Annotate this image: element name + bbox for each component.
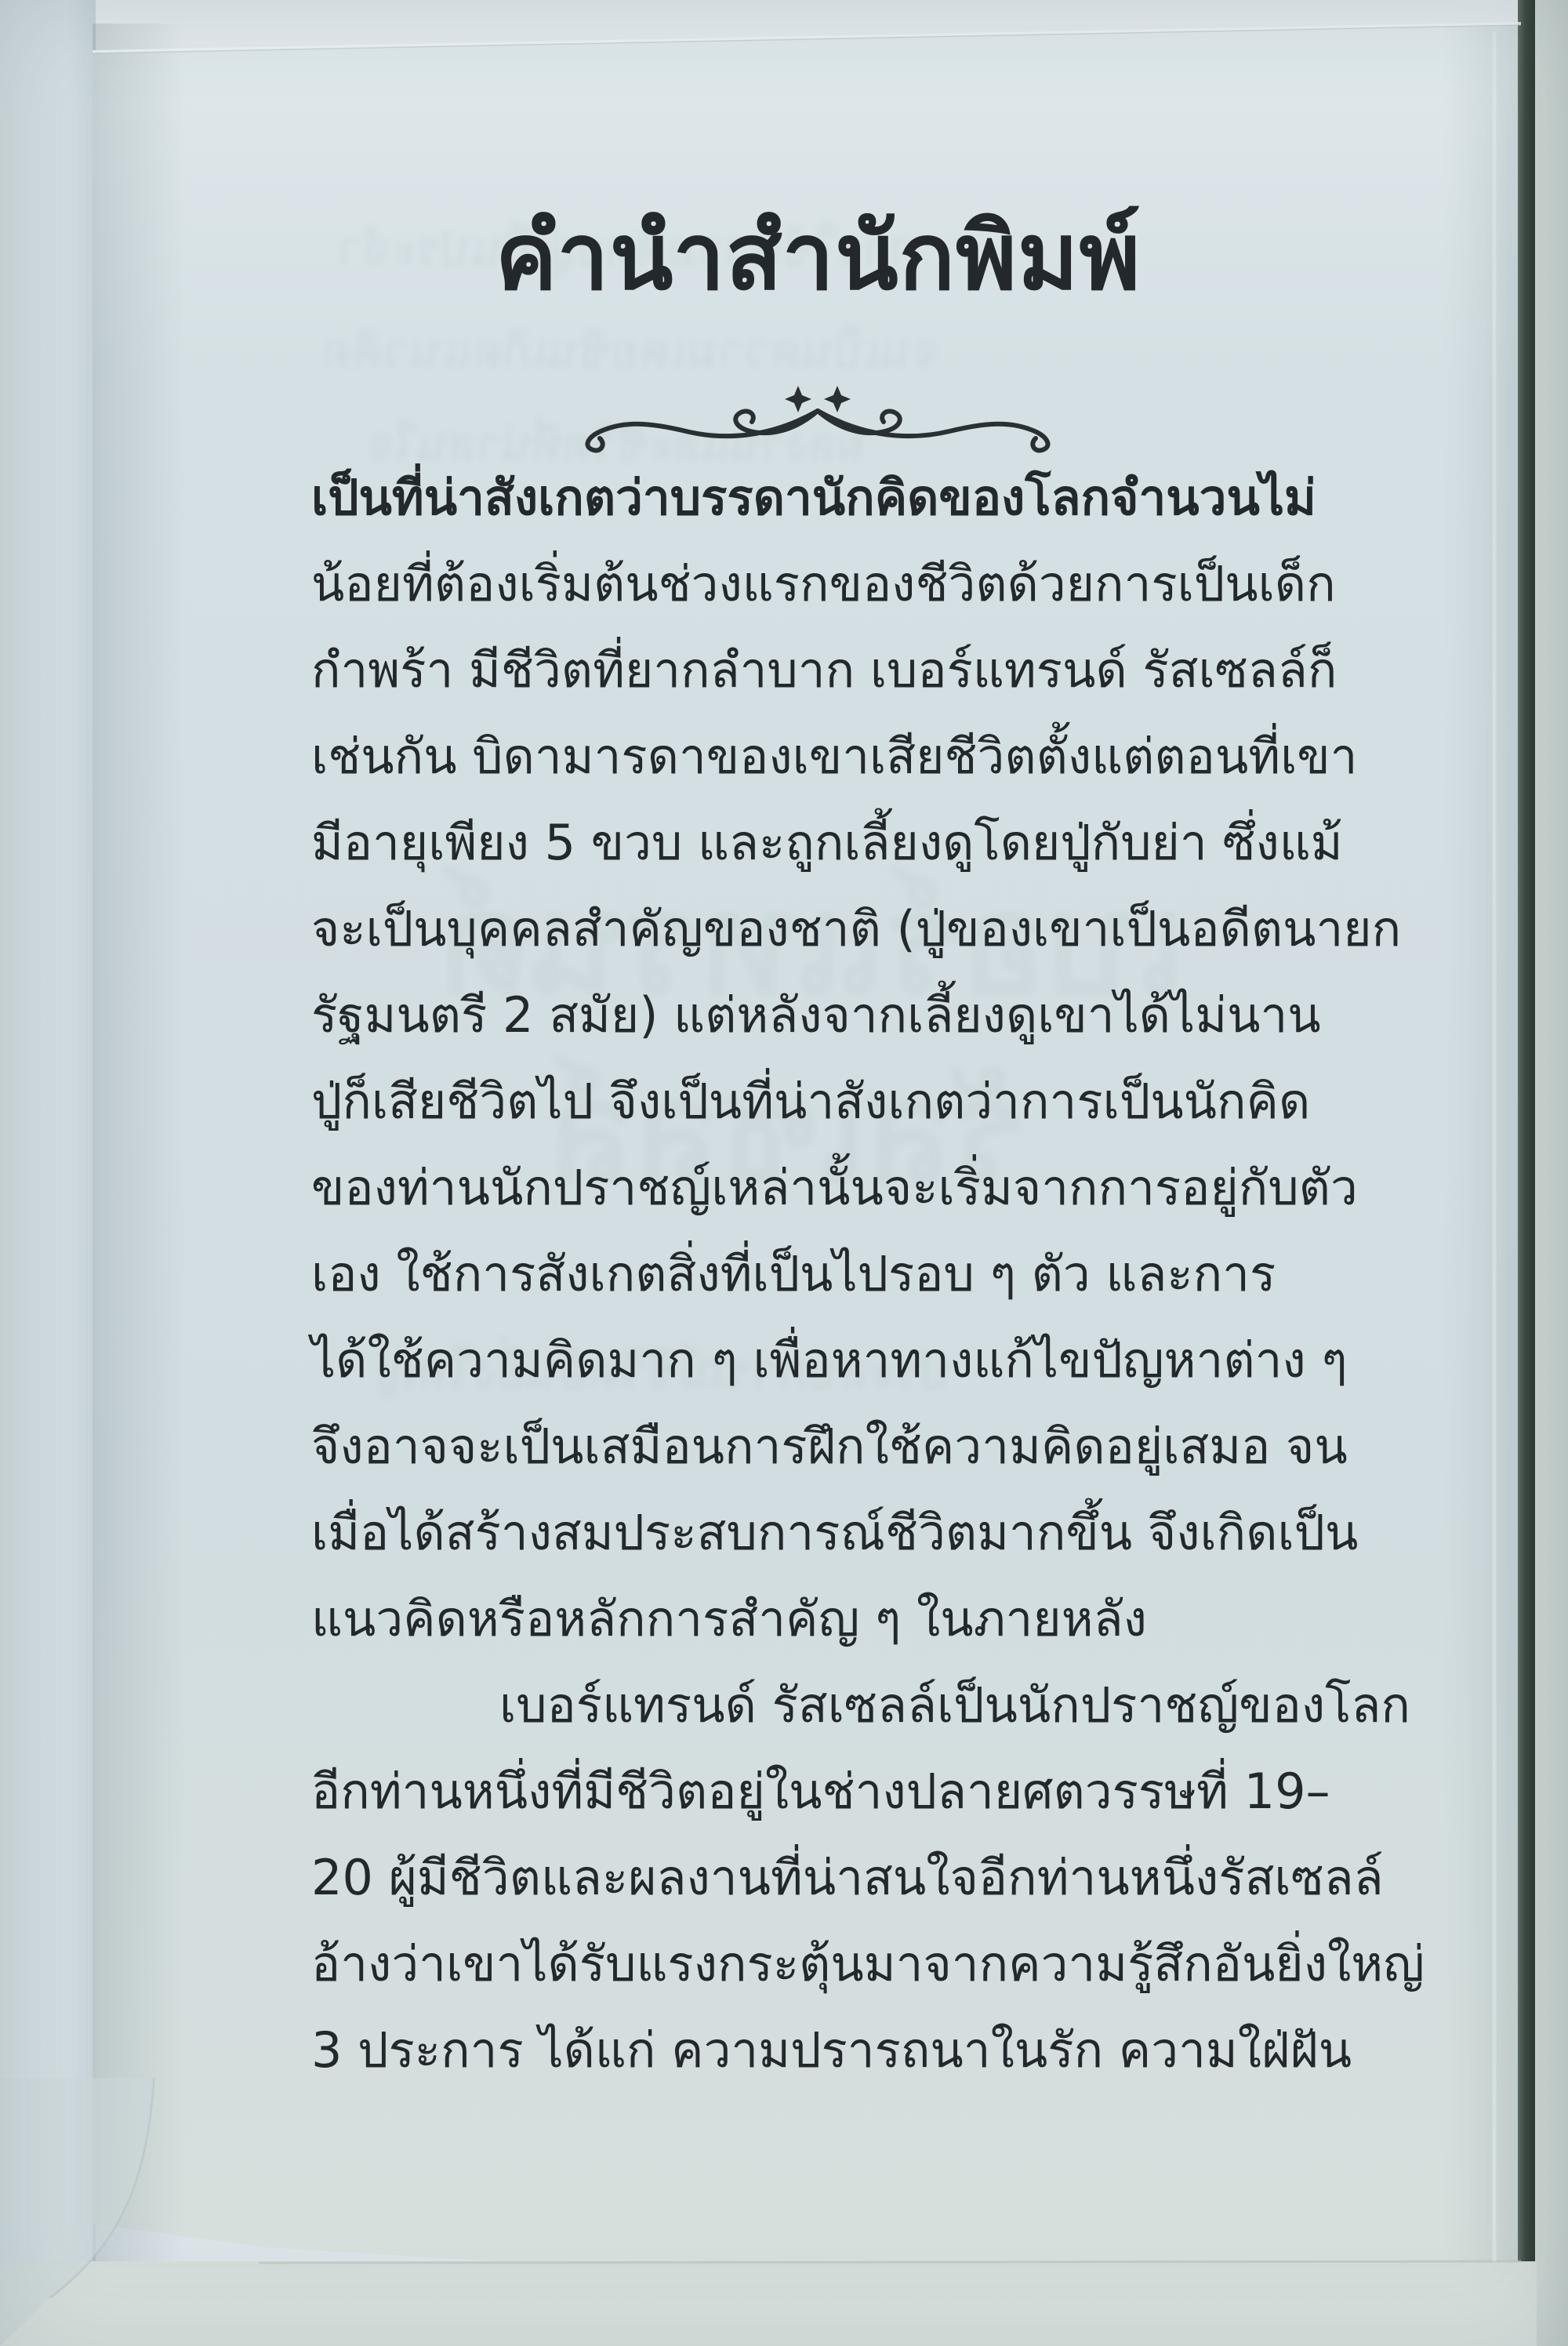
text-line: เป็นที่น่าสังเกตว่าบรรดานักคิดของโลกจำนว…	[311, 455, 1325, 541]
text-line: จะเป็นบุคคลสำคัญของชาติ (ปู่ของเขาเป็นอด…	[311, 886, 1325, 972]
text-line: ปู่ก็เสียชีวิตไป จึงเป็นที่น่าสังเกตว่าก…	[311, 1059, 1325, 1145]
text-line: อ้างว่าเขาได้รับแรงกระตุ้นมาจากความรู้สึ…	[311, 1921, 1325, 2007]
text-line: 3 ประการ ได้แก่ ความปรารถนาในรัก ความใฝ่…	[311, 2007, 1325, 2094]
text-line: ได้ใช้ความคิดมาก ๆ เพื่อหาทางแก้ไขปัญหาต…	[311, 1317, 1325, 1404]
text-line: เบอร์แทรนด์ รัสเซลล์เป็นนักปราชญ์ของโลก	[311, 1662, 1513, 1749]
facing-page-strip	[0, 0, 96, 2346]
text-line: กำพร้า มีชีวิตที่ยากลำบาก เบอร์แทรนด์ รั…	[311, 627, 1325, 714]
text-line: น้อยที่ต้องเริ่มต้นช่วงแรกของชีวิตด้วยกา…	[311, 541, 1325, 627]
text-line: เช่นกัน บิดามารดาของเขาเสียชีวิตตั้งแต่ต…	[311, 714, 1325, 800]
text-line: จึงอาจจะเป็นเสมือนการฝึกใช้ความคิดอยู่เส…	[311, 1404, 1325, 1490]
outer-right-strip	[1535, 0, 1568, 2346]
text-line: เอง ใช้การสังเกตสิ่งที่เป็นไปรอบ ๆ ตัว แ…	[311, 1231, 1325, 1317]
text-line: รัฐมนตรี 2 สมัย) แต่หลังจากเลี้ยงดูเขาได…	[311, 972, 1325, 1059]
text-line: อีกท่านหนึ่งที่มีชีวิตอยู่ในช่างปลายศตวร…	[311, 1749, 1325, 1835]
book-cover-edge	[1518, 0, 1535, 2346]
text-line: 20 ผู้มีชีวิตและผลงานที่น่าสนใจอีกท่านหน…	[311, 1835, 1325, 1921]
text-line: เมื่อได้สร้างสมประสบการณ์ชีวิตมากขึ้น จึ…	[311, 1490, 1325, 1576]
book-photo: การใช้ความคิดอยู่เป็นประจำ จนเป็นความเคย…	[0, 0, 1568, 2346]
text-line: มีอายุเพียง 5 ขวบ และถูกเลี้ยงดูโดยปู่กั…	[311, 800, 1325, 886]
text-line: ของท่านนักปราชญ์เหล่านั้นจะเริ่มจากการอย…	[311, 1145, 1325, 1231]
text-line: แนวคิดหรือหลักการสำคัญ ๆ ในภายหลัง	[311, 1576, 1325, 1662]
body-text: เป็นที่น่าสังเกตว่าบรรดานักคิดของโลกจำนว…	[311, 0, 1325, 2346]
